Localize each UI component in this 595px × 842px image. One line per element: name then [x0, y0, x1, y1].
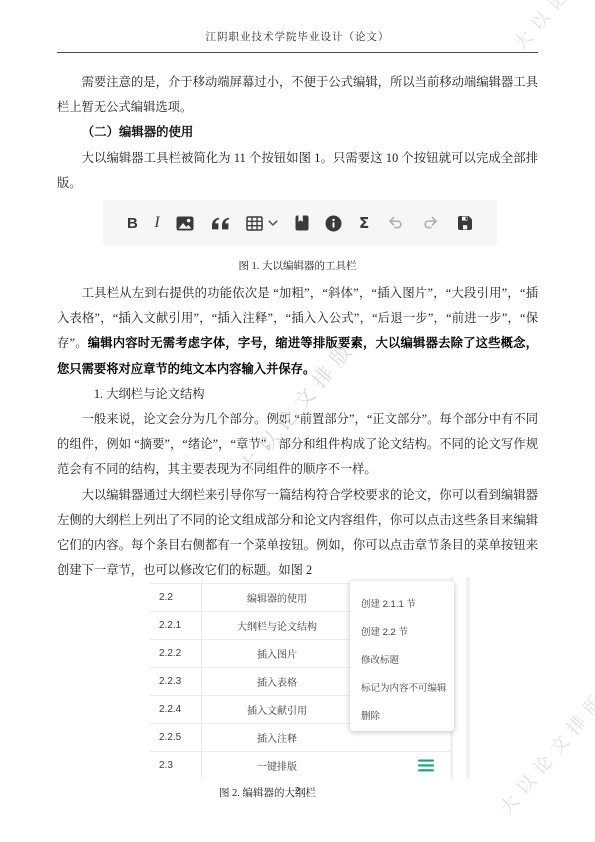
outline-row-title: 插入文献引用 — [202, 696, 352, 723]
insert-formula-icon: Σ — [359, 214, 369, 232]
outline-row-title: 大纲栏与论文结构 — [202, 612, 352, 639]
paragraph-3-bold: 编辑内容时无需考虑字体，字号，缩进等排版要素，大以编辑器去除了这些概念，您只需要… — [57, 336, 538, 375]
italic-icon: I — [154, 214, 159, 232]
outline-row-number: 2.2.5 — [150, 724, 202, 751]
insert-note-info-icon — [325, 215, 342, 232]
outline-row-title: 插入图片 — [202, 640, 352, 667]
page-number: 2 — [0, 786, 595, 797]
undo-icon — [386, 216, 405, 230]
insert-image-icon — [176, 216, 194, 231]
menu-item-create-2-2: 创建 2.2 节 — [361, 617, 454, 645]
paragraph-4: 一般来说，论文会分为几个部分。例如 “前置部分”，“正文部分”。每个部分中有不同… — [57, 407, 538, 483]
chevron-down-icon — [268, 220, 278, 227]
format-list-icon — [418, 759, 434, 772]
insert-table-icon — [246, 216, 278, 231]
menu-item-delete: 删除 — [361, 701, 454, 729]
running-header: 江阴职业技术学院毕业设计（论文） — [0, 29, 595, 44]
menu-item-rename: 修改标题 — [361, 645, 454, 673]
figure2-outline-panel: 2.2 编辑器的使用 2.2.1 大纲栏与论文结构 2.2.2 插入图片 2.2… — [150, 577, 470, 779]
outline-row-number: 2.2.2 — [150, 640, 202, 667]
outline-row-number: 2.2.3 — [150, 668, 202, 695]
paragraph-5: 大以编辑器通过大纲栏来引导你写一篇结构符合学校要求的论文，你可以看到编辑器左侧的… — [57, 483, 538, 584]
outline-row-title: 编辑器的使用 — [202, 584, 352, 611]
insert-citation-icon — [295, 215, 309, 231]
header-rule — [57, 52, 538, 53]
blockquote-icon — [211, 217, 230, 230]
outline-row-number: 2.2 — [150, 584, 202, 611]
paragraph-2: 大以编辑器工具栏被简化为 11 个按钮如图 1。只需要这 10 个按钮就可以完成… — [57, 146, 538, 196]
menu-item-mark-readonly: 标记为内容不可编辑 — [361, 673, 454, 701]
outline-row-number: 2.2.1 — [150, 612, 202, 639]
outline-context-menu: 创建 2.1.1 节 创建 2.2 节 修改标题 标记为内容不可编辑 删除 — [350, 581, 454, 731]
outline-row-title: 插入表格 — [202, 668, 352, 695]
outline-row-2-3: 2.3 一键排版 — [150, 751, 450, 779]
save-icon — [457, 215, 473, 231]
bold-icon: B — [127, 215, 138, 232]
list-item-1: 1. 大纲栏与论文结构 — [57, 382, 538, 407]
figure1-toolbar: B I Σ — [103, 200, 497, 246]
paragraph-1: 需要注意的是，介于移动端屏幕过小，不便于公式编辑，所以当前移动端编辑器工具栏上暂… — [57, 70, 538, 120]
watermark-top-right: 大以论文排版 — [507, 0, 595, 55]
menu-item-create-2-1-1: 创建 2.1.1 节 — [361, 589, 454, 617]
outline-row-number: 2.2.4 — [150, 696, 202, 723]
outline-row-number: 2.3 — [150, 752, 202, 779]
outline-row-title: 插入注释 — [202, 724, 352, 751]
redo-icon — [421, 216, 440, 230]
thesis-page: 大以论文排版 大以论文排版 大以论文排版 江阴职业技术学院毕业设计（论文） 需要… — [0, 0, 595, 842]
outline-row-title: 一键排版 — [202, 752, 352, 779]
page-body: 需要注意的是，介于移动端屏幕过小，不便于公式编辑，所以当前移动端编辑器工具栏上暂… — [57, 70, 538, 801]
section-heading: （二）编辑器的使用 — [57, 120, 538, 145]
paragraph-3: 工具栏从左到右提供的功能依次是 “加粗”，“斜体”，“插入图片”，“大段引用”，… — [57, 281, 538, 382]
figure1-caption: 图 1. 大以编辑器的工具栏 — [57, 259, 538, 274]
